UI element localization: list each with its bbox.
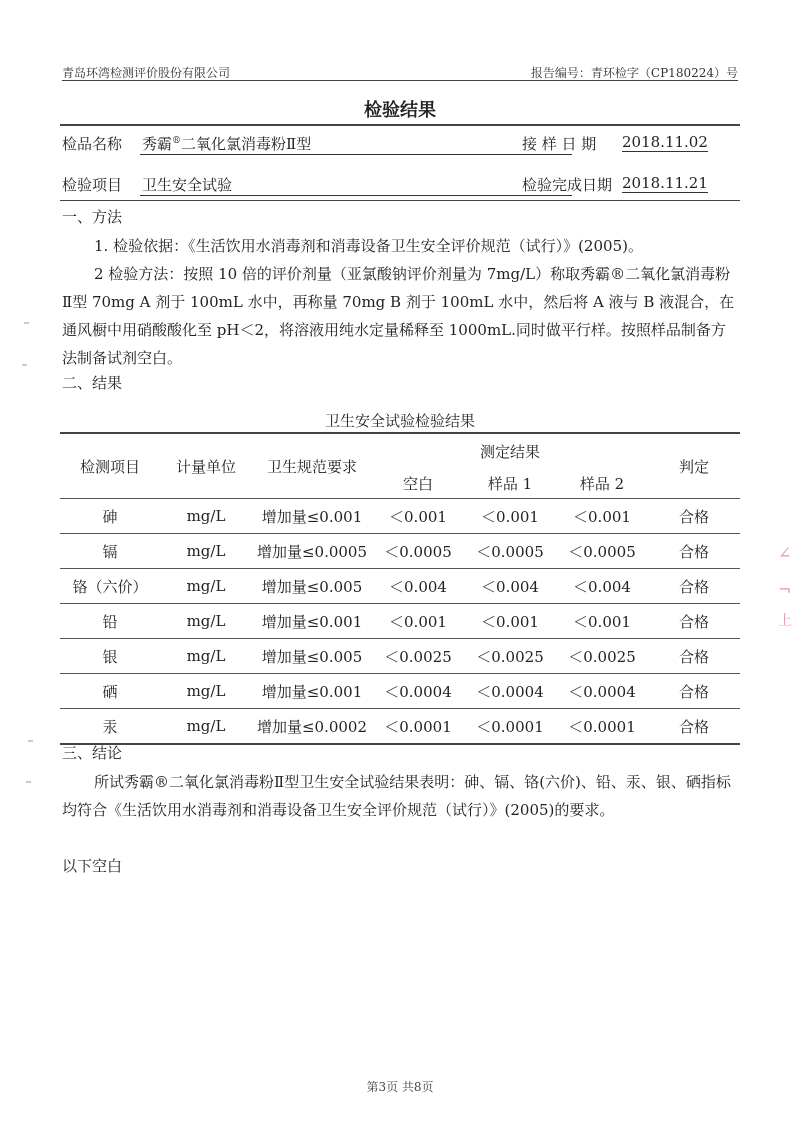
scan-speck: [26, 781, 31, 783]
section-conclusion-heading: 三、结论: [62, 742, 122, 763]
cell-verdict: 合格: [648, 499, 740, 534]
conclusion-text: 所试秀霸®二氧化氯消毒粉Ⅱ型卫生安全试验结果表明：砷、镉、铬(六价)、铅、汞、银…: [62, 768, 738, 824]
cell-sample2: ＜0.001: [556, 604, 648, 639]
cell-requirement: 增加量≤0.0002: [252, 709, 372, 745]
sample-name-label: 检品名称: [62, 133, 122, 154]
cell-blank: ＜0.001: [372, 499, 464, 534]
table-row: 银mg/L增加量≤0.005＜0.0025＜0.0025＜0.0025合格: [60, 639, 740, 674]
seal-stamp-fragment: 上: [778, 610, 800, 630]
cell-blank: ＜0.001: [372, 604, 464, 639]
col-sample2: 样品 2: [556, 468, 648, 499]
cell-verdict: 合格: [648, 674, 740, 709]
table-row: 汞mg/L增加量≤0.0002＜0.0001＜0.0001＜0.0001合格: [60, 709, 740, 745]
cell-item: 砷: [60, 499, 160, 534]
cell-sample1: ＜0.0025: [464, 639, 556, 674]
cell-item: 硒: [60, 674, 160, 709]
table-title: 卫生安全试验检验结果: [0, 410, 800, 431]
seal-stamp-fragment: ∠: [778, 543, 800, 562]
cell-blank: ＜0.004: [372, 569, 464, 604]
cell-sample1: ＜0.001: [464, 499, 556, 534]
scan-speck: [28, 740, 33, 742]
col-unit: 计量单位: [160, 433, 252, 499]
scan-speck: [22, 364, 27, 366]
info-row-1: 检品名称 秀霸®二氧化氯消毒粉Ⅱ型 接 样 日 期 2018.11.02: [62, 133, 738, 157]
seal-stamp-fragment: ¬: [778, 580, 800, 599]
section-results-heading: 二、结果: [62, 372, 122, 393]
cell-sample2: ＜0.0025: [556, 639, 648, 674]
header-divider: [62, 80, 738, 81]
cell-blank: ＜0.0001: [372, 709, 464, 745]
cell-unit: mg/L: [160, 499, 252, 534]
cell-verdict: 合格: [648, 569, 740, 604]
col-results-group: 测定结果: [372, 433, 648, 468]
cell-unit: mg/L: [160, 639, 252, 674]
col-requirement: 卫生规范要求: [252, 433, 372, 499]
test-item-value: 卫生安全试验: [140, 174, 572, 196]
receive-date-label: 接 样 日 期: [522, 133, 596, 154]
method-procedure: 2 检验方法：按照 10 倍的评价剂量（亚氯酸钠评价剂量为 7mg/L）称取秀霸…: [62, 260, 738, 372]
cell-sample1: ＜0.001: [464, 604, 556, 639]
cell-sample2: ＜0.0005: [556, 534, 648, 569]
cell-sample1: ＜0.0004: [464, 674, 556, 709]
cell-requirement: 增加量≤0.0005: [252, 534, 372, 569]
info-divider: [60, 200, 740, 201]
company-name: 青岛环湾检测评价股份有限公司: [62, 64, 230, 81]
cell-requirement: 增加量≤0.005: [252, 639, 372, 674]
cell-sample1: ＜0.0005: [464, 534, 556, 569]
section-method-heading: 一、方法: [62, 206, 122, 227]
sample-name-product: 二氧化氯消毒粉Ⅱ型: [181, 135, 311, 153]
col-blank: 空白: [372, 468, 464, 499]
cell-sample2: ＜0.004: [556, 569, 648, 604]
registered-mark: ®: [172, 136, 181, 146]
cell-blank: ＜0.0025: [372, 639, 464, 674]
cell-verdict: 合格: [648, 534, 740, 569]
cell-sample1: ＜0.0001: [464, 709, 556, 745]
cell-unit: mg/L: [160, 709, 252, 745]
page-title: 检验结果: [0, 96, 800, 122]
cell-sample1: ＜0.004: [464, 569, 556, 604]
cell-item: 铬（六价）: [60, 569, 160, 604]
cell-unit: mg/L: [160, 534, 252, 569]
receive-date-value: 2018.11.02: [622, 133, 708, 152]
cell-item: 银: [60, 639, 160, 674]
cell-item: 镉: [60, 534, 160, 569]
col-sample1: 样品 1: [464, 468, 556, 499]
table-row: 铅mg/L增加量≤0.001＜0.001＜0.001＜0.001合格: [60, 604, 740, 639]
cell-unit: mg/L: [160, 674, 252, 709]
cell-requirement: 增加量≤0.005: [252, 569, 372, 604]
sample-name-value: 秀霸®二氧化氯消毒粉Ⅱ型: [140, 133, 572, 155]
cell-unit: mg/L: [160, 569, 252, 604]
report-number: 报告编号：青环检字（CP180224）号: [531, 64, 738, 81]
complete-date-label: 检验完成日期: [522, 174, 612, 195]
title-divider: [60, 124, 740, 126]
table-row: 镉mg/L增加量≤0.0005＜0.0005＜0.0005＜0.0005合格: [60, 534, 740, 569]
col-verdict: 判定: [648, 433, 740, 499]
cell-blank: ＜0.0005: [372, 534, 464, 569]
cell-verdict: 合格: [648, 604, 740, 639]
complete-date-value: 2018.11.21: [622, 174, 708, 193]
cell-sample2: ＜0.0004: [556, 674, 648, 709]
sample-name-brand: 秀霸: [142, 135, 172, 153]
table-row: 铬（六价）mg/L增加量≤0.005＜0.004＜0.004＜0.004合格: [60, 569, 740, 604]
table-row: 硒mg/L增加量≤0.001＜0.0004＜0.0004＜0.0004合格: [60, 674, 740, 709]
cell-unit: mg/L: [160, 604, 252, 639]
end-note: 以下空白: [62, 852, 738, 880]
cell-verdict: 合格: [648, 639, 740, 674]
method-basis: 1. 检验依据：《生活饮用水消毒剂和消毒设备卫生安全评价规范（试行）》(2005…: [62, 232, 738, 260]
test-item-label: 检验项目: [62, 174, 122, 195]
table-row: 砷mg/L增加量≤0.001＜0.001＜0.001＜0.001合格: [60, 499, 740, 534]
results-table: 检测项目 计量单位 卫生规范要求 测定结果 判定 空白 样品 1 样品 2 砷m…: [60, 432, 740, 745]
cell-sample2: ＜0.001: [556, 499, 648, 534]
scan-speck: [24, 322, 29, 324]
cell-item: 汞: [60, 709, 160, 745]
cell-requirement: 增加量≤0.001: [252, 499, 372, 534]
cell-requirement: 增加量≤0.001: [252, 604, 372, 639]
cell-verdict: 合格: [648, 709, 740, 745]
cell-requirement: 增加量≤0.001: [252, 674, 372, 709]
cell-sample2: ＜0.0001: [556, 709, 648, 745]
cell-blank: ＜0.0004: [372, 674, 464, 709]
cell-item: 铅: [60, 604, 160, 639]
info-row-2: 检验项目 卫生安全试验 检验完成日期 2018.11.21: [62, 174, 738, 198]
col-item: 检测项目: [60, 433, 160, 499]
page-number: 第3页 共8页: [0, 1078, 800, 1095]
